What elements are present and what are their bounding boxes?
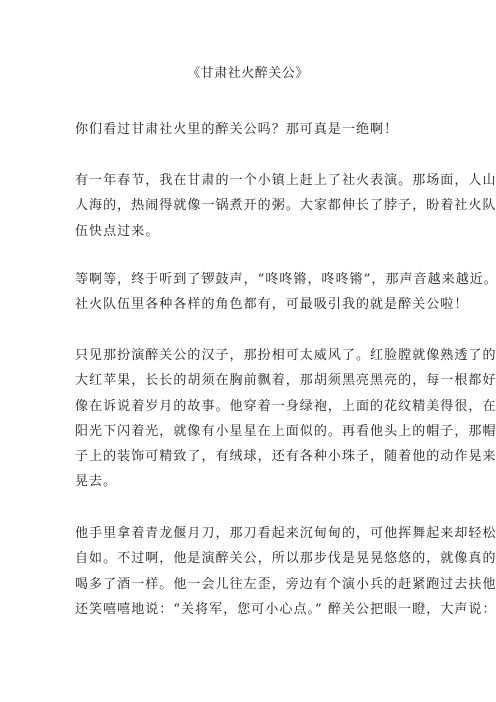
paragraph-1: 你们看过甘肃社火里的醉关公吗？那可真是一绝啊！ <box>75 117 425 142</box>
text-line: 晃去。 <box>75 469 425 494</box>
text-line: 还笑嘻嘻地说：“关将军，您可小心点。” 醉关公把眼一瞪，大声说： <box>75 597 425 622</box>
paragraph-4: 只见那扮演醉关公的汉子，那扮相可太威风了。红脸膛就像熟透了的 大红苹果，长长的胡… <box>75 343 425 495</box>
text-line: 阳光下闪着光，就像有小星星在上面似的。再看他头上的帽子，那帽 <box>75 419 425 444</box>
text-line: 他手里拿着青龙偃月刀，那刀看起来沉甸甸的，可他挥舞起来却轻松 <box>75 521 425 546</box>
text-line: 像在诉说着岁月的故事。他穿着一身绿袍，上面的花纹精美得很，在 <box>75 394 425 419</box>
text-line: 自如。不过啊，他是演醉关公，所以那步伐是晃晃悠悠的，就像真的 <box>75 546 425 571</box>
text-line: 等啊等，终于听到了锣鼓声，“咚咚锵，咚咚锵”，那声音越来越近。 <box>75 267 425 292</box>
text-line: 人海的，热闹得就像一锅煮开的粥。大家都伸长了脖子，盼着社火队 <box>75 193 425 218</box>
text-line: 社火队伍里各种各样的角色都有，可最吸引我的就是醉关公啦！ <box>75 292 425 317</box>
text-line: 子上的装饰可精致了，有绒球，还有各种小珠子，随着他的动作晃来 <box>75 444 425 469</box>
text-line: 伍快点过来。 <box>75 219 425 244</box>
document-title: 《甘肃社火醉关公》 <box>0 64 496 84</box>
text-line: 喝多了酒一样。他一会儿往左歪，旁边有个演小兵的赶紧跑过去扶他， <box>75 572 425 597</box>
text-line: 有一年春节，我在甘肃的一个小镇上赶上了社火表演。那场面，人山 <box>75 168 425 193</box>
paragraph-3: 等啊等，终于听到了锣鼓声，“咚咚锵，咚咚锵”，那声音越来越近。 社火队伍里各种各… <box>75 267 425 318</box>
text-line: 只见那扮演醉关公的汉子，那扮相可太威风了。红脸膛就像熟透了的 <box>75 343 425 368</box>
paragraph-5: 他手里拿着青龙偃月刀，那刀看起来沉甸甸的，可他挥舞起来却轻松 自如。不过啊，他是… <box>75 521 425 622</box>
document-page: 《甘肃社火醉关公》 你们看过甘肃社火里的醉关公吗？那可真是一绝啊！ 有一年春节，… <box>0 0 496 702</box>
text-line: 你们看过甘肃社火里的醉关公吗？那可真是一绝啊！ <box>75 117 425 142</box>
paragraph-2: 有一年春节，我在甘肃的一个小镇上赶上了社火表演。那场面，人山 人海的，热闹得就像… <box>75 168 425 244</box>
text-line: 大红苹果，长长的胡须在胸前飘着，那胡须黑亮黑亮的，每一根都好 <box>75 368 425 393</box>
